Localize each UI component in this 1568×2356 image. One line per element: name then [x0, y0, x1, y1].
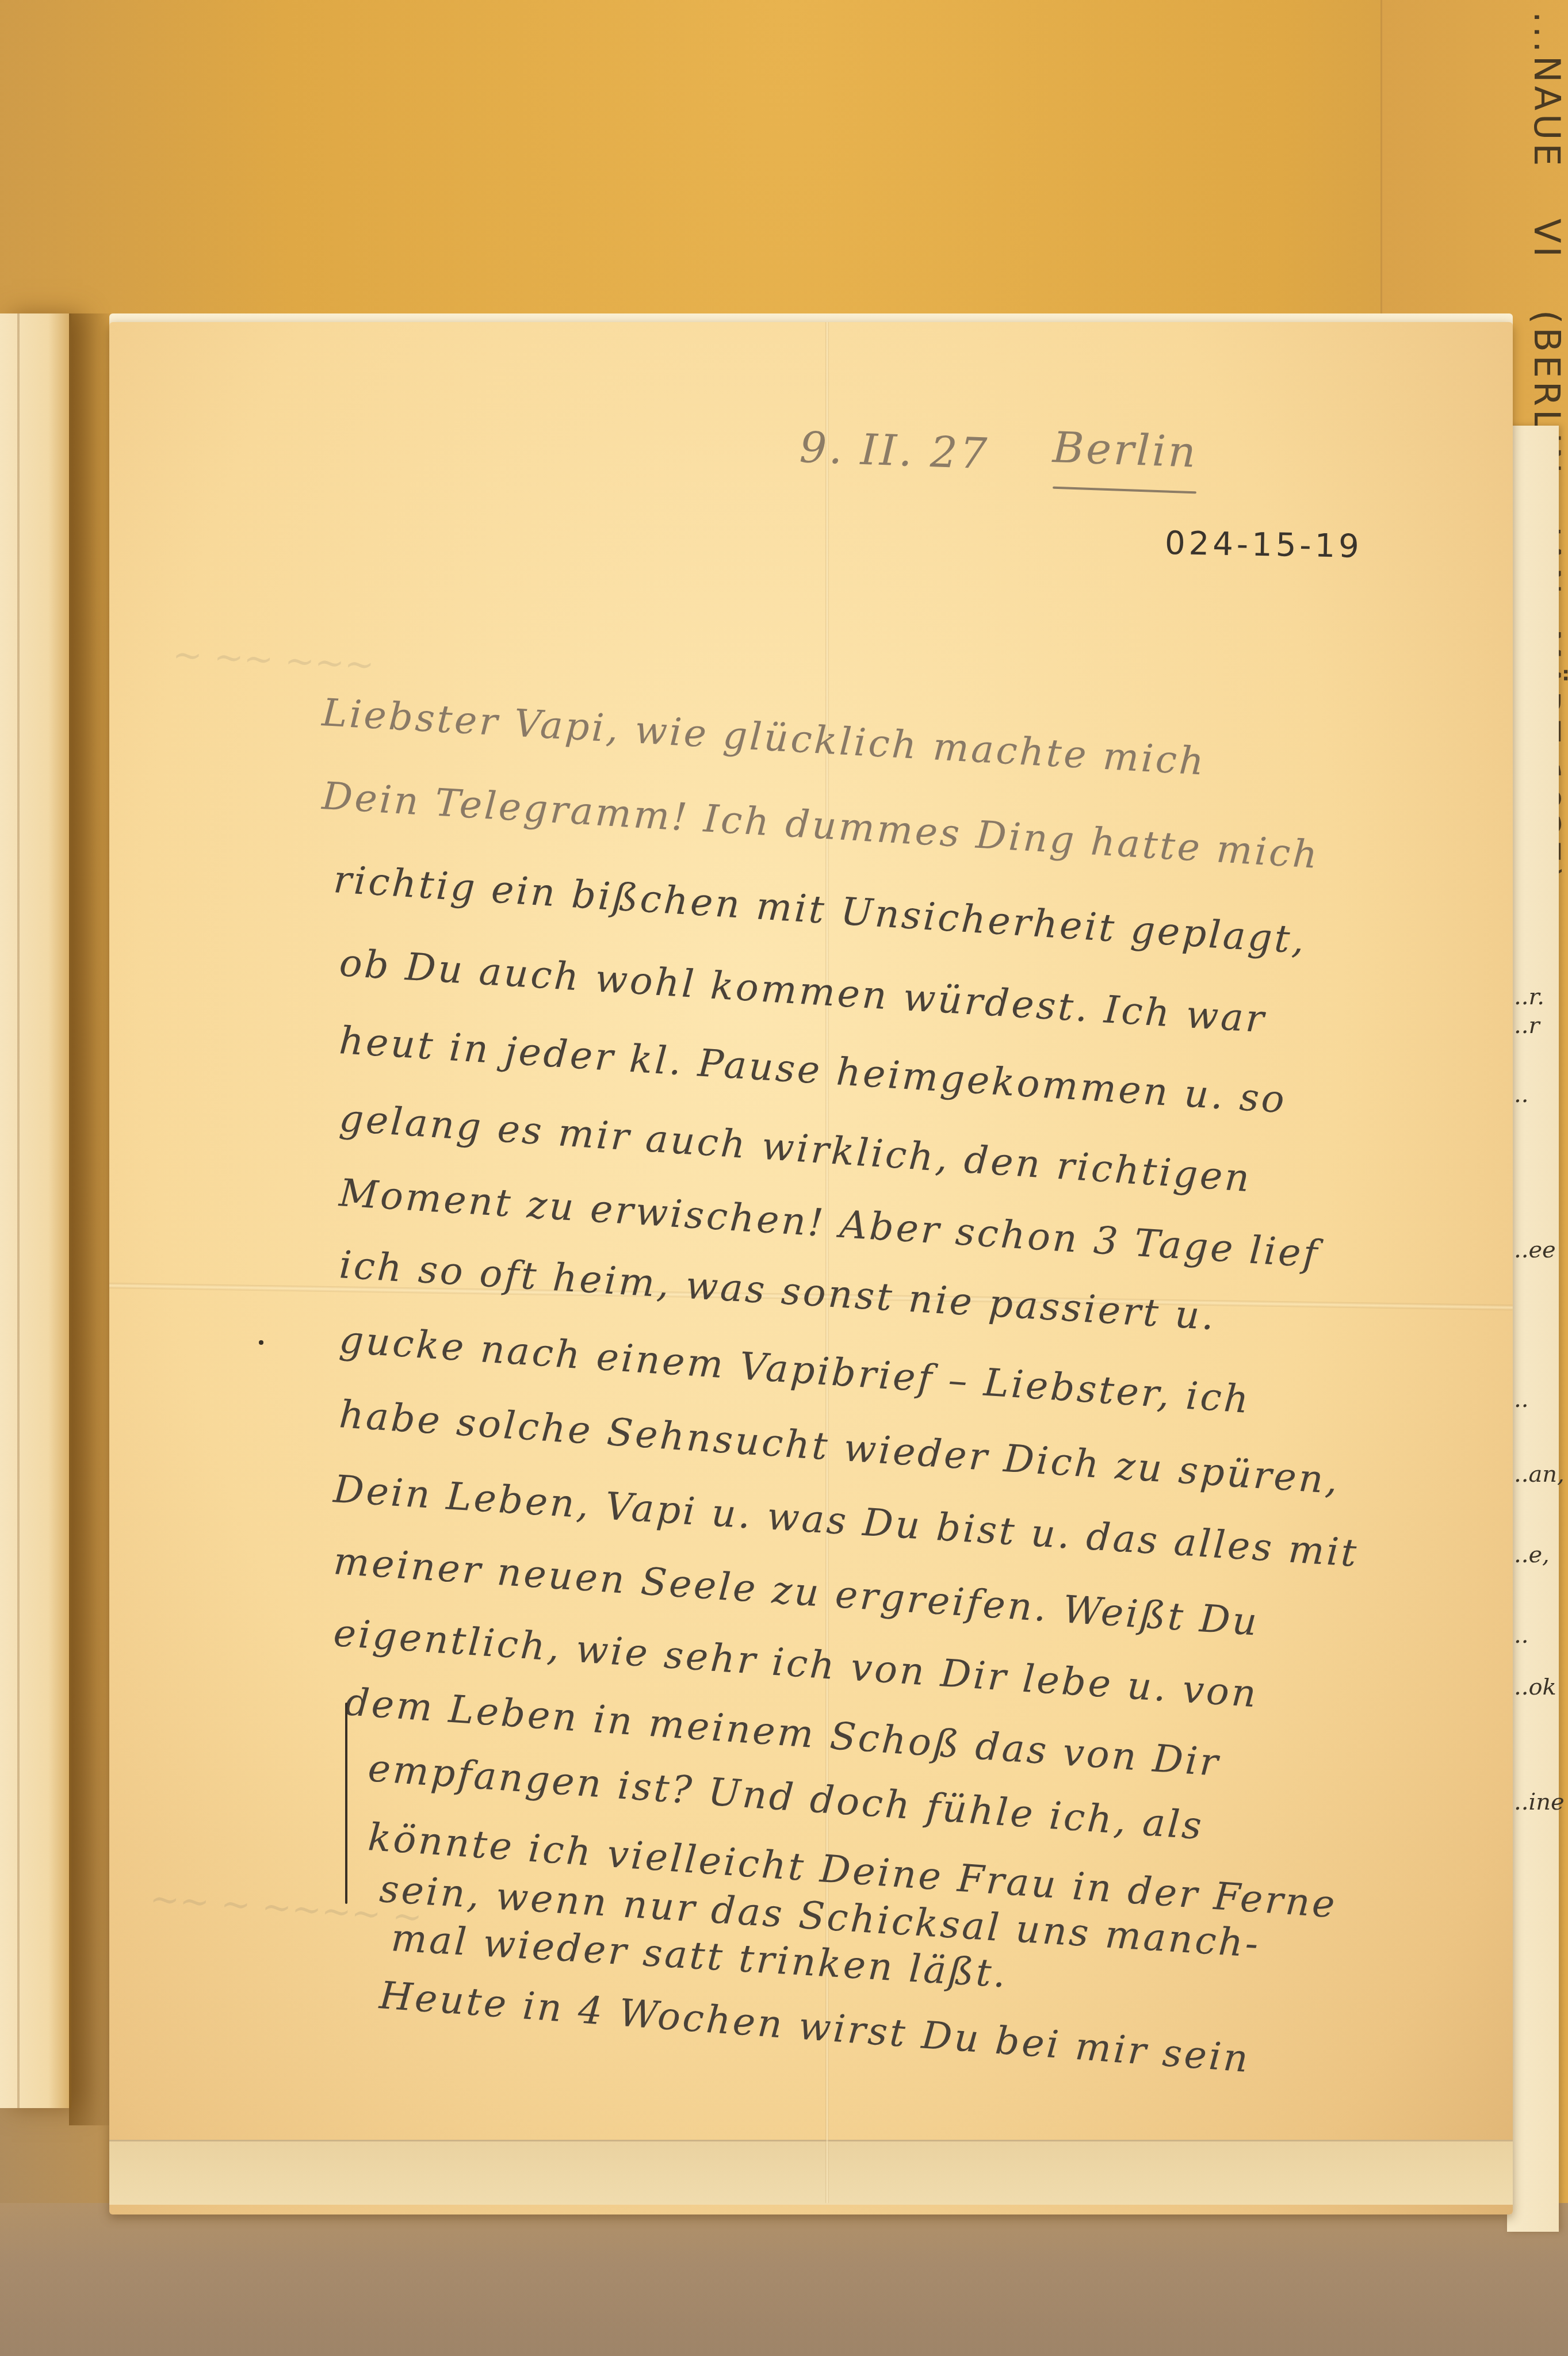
- folder-bottom-surface: [0, 2203, 1568, 2356]
- folder-label-line: VI: [1526, 219, 1568, 261]
- left-stack-shadow: [69, 313, 115, 2125]
- edge-fragment: ..: [1514, 1081, 1528, 1108]
- archive-number: 024-15-19: [1164, 525, 1363, 565]
- ink-dot: [259, 1340, 263, 1345]
- edge-fragment: ..e,: [1514, 1542, 1550, 1568]
- edge-fragment: ..ee: [1514, 1237, 1556, 1263]
- edge-fragment: ..r: [1514, 1012, 1540, 1039]
- letter-place: Berlin: [1051, 423, 1198, 477]
- edge-fragment: ..: [1514, 1622, 1528, 1649]
- letter-bottom-edge: [109, 2140, 1513, 2205]
- edge-fragment: ..r.: [1514, 984, 1544, 1010]
- margin-mark-line: [345, 1703, 347, 1904]
- left-paper-stack: [0, 313, 71, 2108]
- letter-date: 9. II. 27: [798, 423, 990, 479]
- edge-fragment: ..ine: [1514, 1789, 1565, 1815]
- folder-label-line: ...NAUE: [1526, 12, 1568, 169]
- edge-fragment: ..an,: [1514, 1461, 1565, 1487]
- underlying-sheet-edge: [1507, 426, 1559, 2232]
- edge-fragment: ..ok: [1514, 1674, 1556, 1700]
- edge-fragment: ..: [1514, 1386, 1528, 1413]
